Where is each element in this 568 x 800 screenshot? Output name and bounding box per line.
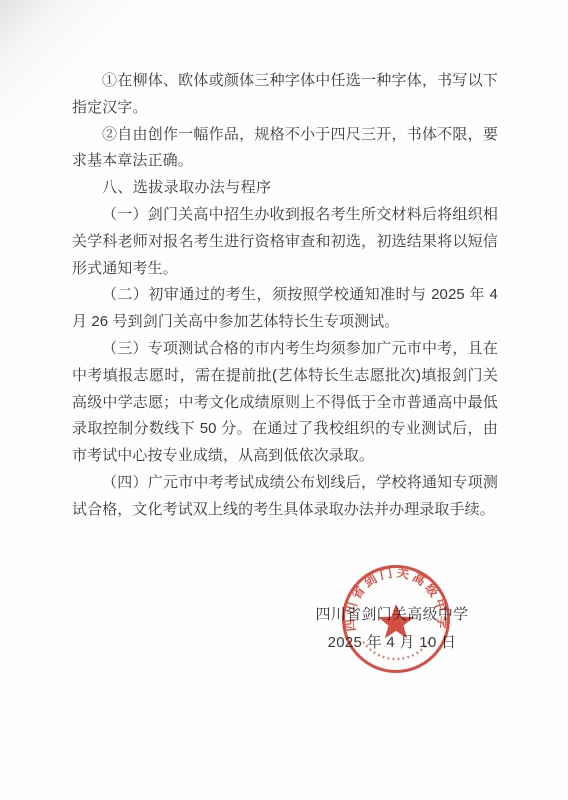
signature-date: 2025 年 4 月 10 日 [272, 629, 512, 657]
paragraph-item-4: （四）广元市中考考试成绩公布划线后，学校将通知专项测试合格，文化考试双上线的考生… [72, 470, 498, 524]
document-page: ①在柳体、欧体或颜体三种字体中任选一种字体，书写以下指定汉字。 ②自由创作一幅作… [0, 0, 568, 800]
paragraph-calligraphy-option-1: ①在柳体、欧体或颜体三种字体中任选一种字体，书写以下指定汉字。 [72, 68, 498, 122]
paragraph-item-2: （二）初审通过的考生，须按照学校通知准时与 2025 年 4 月 26 号到剑门… [72, 282, 498, 336]
signature-block: 四川省剑门关高级中学 2025 年 4 月 10 日 [272, 601, 512, 656]
signature-school-name: 四川省剑门关高级中学 [272, 601, 512, 629]
paragraph-item-3: （三）专项测试合格的市内考生均须参加广元市中考，且在中考填报志愿时，需在提前批(… [72, 336, 498, 470]
section-heading-admission-procedure: 八、选拔录取办法与程序 [72, 175, 498, 202]
document-body: ①在柳体、欧体或颜体三种字体中任选一种字体，书写以下指定汉字。 ②自由创作一幅作… [72, 68, 498, 524]
paragraph-item-1: （一）剑门关高中招生办收到报名考生所交材料后将组织相关学科老师对报名考生进行资格… [72, 202, 498, 282]
paragraph-calligraphy-option-2: ②自由创作一幅作品，规格不小于四尺三开，书体不限，要求基本章法正确。 [72, 122, 498, 176]
